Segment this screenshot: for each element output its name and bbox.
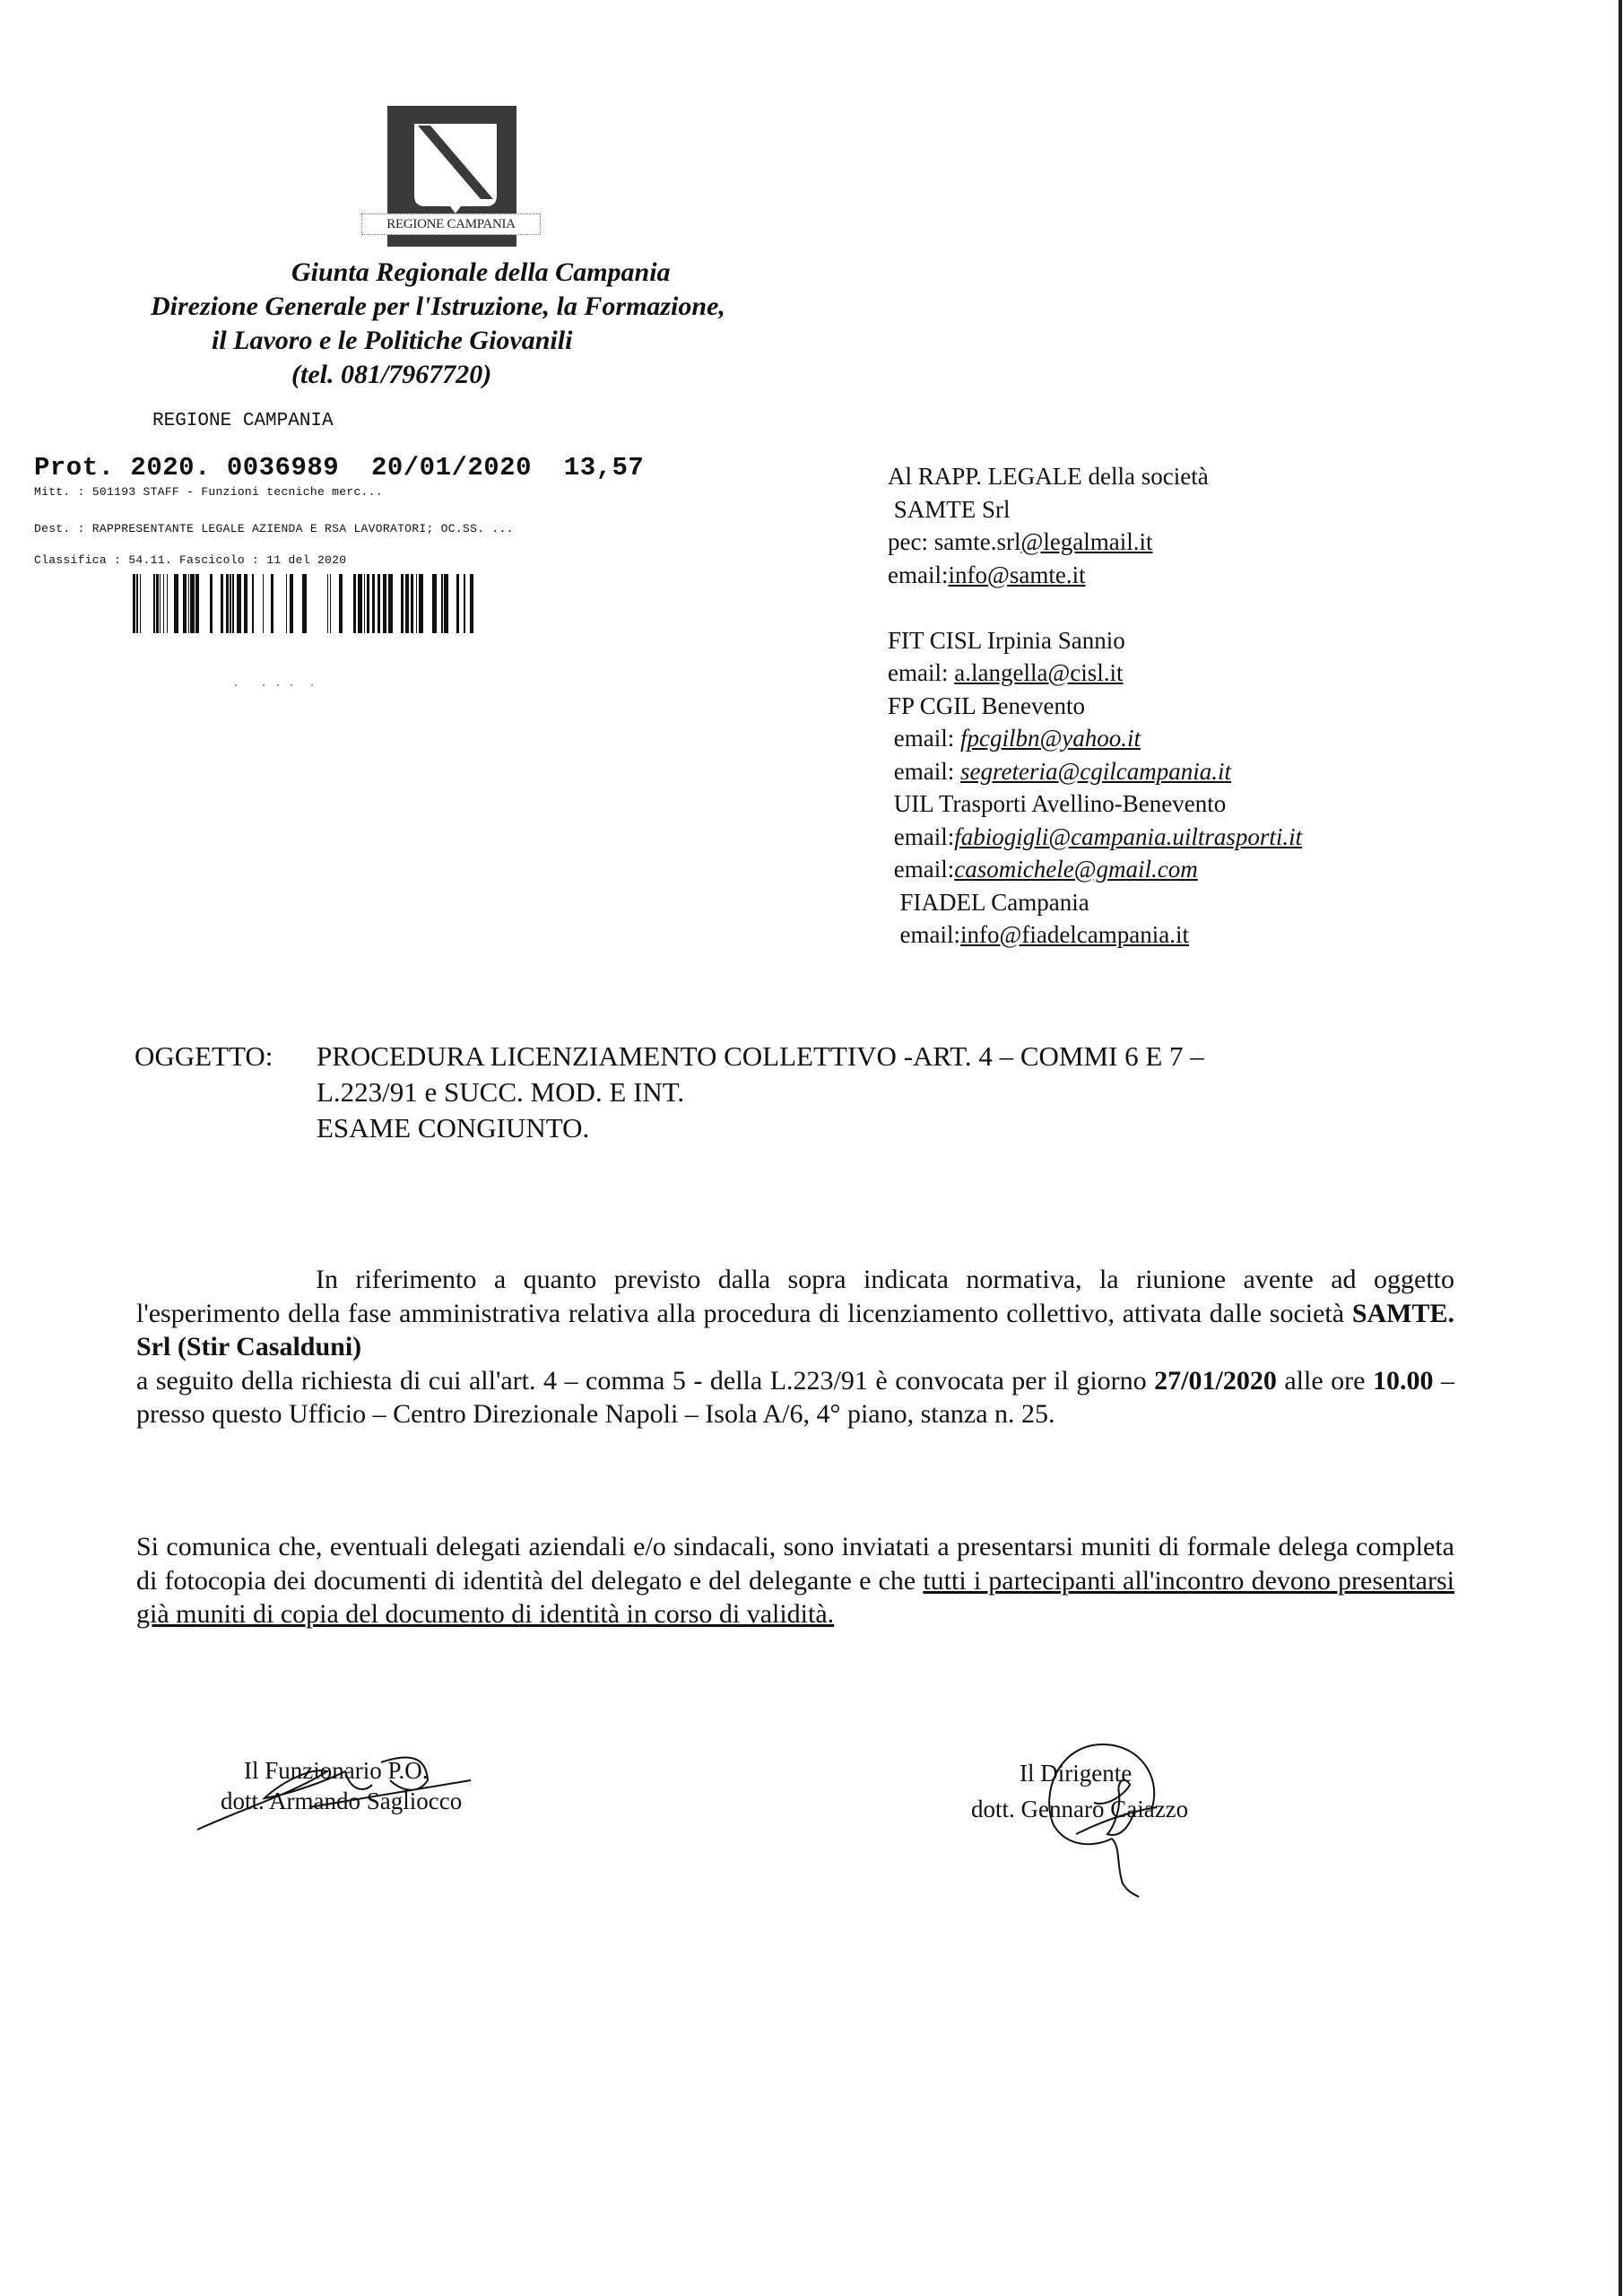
recipient-label: email: <box>888 659 954 686</box>
header-lavoro: il Lavoro e le Politiche Giovanili <box>212 324 572 358</box>
meeting-date: 27/01/2020 <box>1154 1366 1277 1396</box>
stamp-sender: Mitt. : 501193 STAFF - Funzioni tecniche… <box>34 485 383 499</box>
scan-edge-line <box>1619 0 1622 2296</box>
recipient-line <box>888 591 1302 624</box>
recipient-label: email: <box>888 561 948 588</box>
body-paragraph-1: In riferimento a quanto previsto dalla s… <box>136 1263 1454 1431</box>
recipient-line: UIL Trasporti Avellino-Benevento <box>888 787 1302 821</box>
recipient-line: email:fabiogigli@campania.uiltrasporti.i… <box>888 821 1302 854</box>
header-giunta: Giunta Regionale della Campania <box>291 256 671 290</box>
stamp-recipient: Dest. : RAPPRESENTANTE LEGALE AZIENDA E … <box>34 522 514 535</box>
subject-line-3: ESAME CONGIUNTO. <box>317 1110 589 1146</box>
recipient-line: FP CGIL Benevento <box>888 690 1302 723</box>
email-link[interactable]: fpcgilbn@yahoo.it <box>960 725 1141 752</box>
recipient-line: email:casomichele@gmail.com <box>888 853 1302 886</box>
signature-left-scribble <box>193 1744 551 1843</box>
header-direzione: Direzione Generale per l'Istruzione, la … <box>151 290 725 324</box>
email-link[interactable]: casomichele@gmail.com <box>954 856 1198 883</box>
recipient-line: FIT CISL Irpinia Sannio <box>888 624 1302 657</box>
body-paragraph-2: Si comunica che, eventuali delegati azie… <box>136 1530 1454 1631</box>
subject-line-2: L.223/91 e SUCC. MOD. E INT. <box>317 1074 684 1110</box>
subject-label: OGGETTO: <box>135 1039 273 1074</box>
recipient-line: email:info@samte.it <box>888 559 1302 592</box>
recipient-label: pec: samte.srl <box>888 528 1020 555</box>
recipient-label: email: <box>888 758 960 785</box>
logo-label: REGIONE CAMPANIA <box>361 213 541 235</box>
recipient-line: SAMTE Srl <box>888 493 1302 526</box>
protocol-number: Prot. 2020. 0036989 20/01/2020 13,57 <box>34 453 644 483</box>
barcode-icon <box>133 574 481 633</box>
meeting-time: 10.00 <box>1373 1366 1434 1396</box>
recipient-line: email: a.langella@cisl.it <box>888 657 1302 690</box>
recipient-line: Al RAPP. LEGALE della società <box>888 460 1302 493</box>
stamp-classification: Classifica : 54.11. Fascicolo : 11 del 2… <box>34 553 346 567</box>
email-link[interactable]: segreteria@cgilcampania.it <box>960 758 1231 785</box>
email-link[interactable]: info@fiadelcampania.it <box>960 921 1189 948</box>
email-link[interactable]: a.langella@cisl.it <box>954 659 1123 686</box>
email-link[interactable]: fabiogigli@campania.uiltrasporti.it <box>954 823 1302 850</box>
recipients-block: Al RAPP. LEGALE della società SAMTE Srlp… <box>888 460 1302 952</box>
email-link[interactable]: info@samte.it <box>948 561 1085 588</box>
signature-right-scribble <box>1040 1740 1175 1901</box>
subject-line-1: PROCEDURA LICENZIAMENTO COLLETTIVO -ART.… <box>317 1039 1204 1074</box>
recipient-line: pec: samte.srl@legalmail.it <box>888 526 1302 559</box>
recipient-line: email:info@fiadelcampania.it <box>888 918 1302 952</box>
p1-time-prefix: alle ore <box>1277 1366 1373 1396</box>
recipient-line: FIADEL Campania <box>888 886 1302 919</box>
p1-request: a seguito della richiesta di cui all'art… <box>136 1366 1154 1396</box>
recipient-label: email: <box>888 921 960 948</box>
recipient-label: email: <box>888 823 954 850</box>
header-phone: (tel. 081/7967720) <box>291 358 491 392</box>
p1-intro: In riferimento a quanto previsto dalla s… <box>136 1265 1454 1328</box>
recipient-line: email: fpcgilbn@yahoo.it <box>888 722 1302 755</box>
stamp-organization: REGIONE CAMPANIA <box>152 411 334 431</box>
recipient-label: email: <box>888 725 960 752</box>
recipient-label: email: <box>888 856 954 883</box>
email-link[interactable]: @legalmail.it <box>1020 528 1152 555</box>
recipient-line: email: segreteria@cgilcampania.it <box>888 755 1302 788</box>
